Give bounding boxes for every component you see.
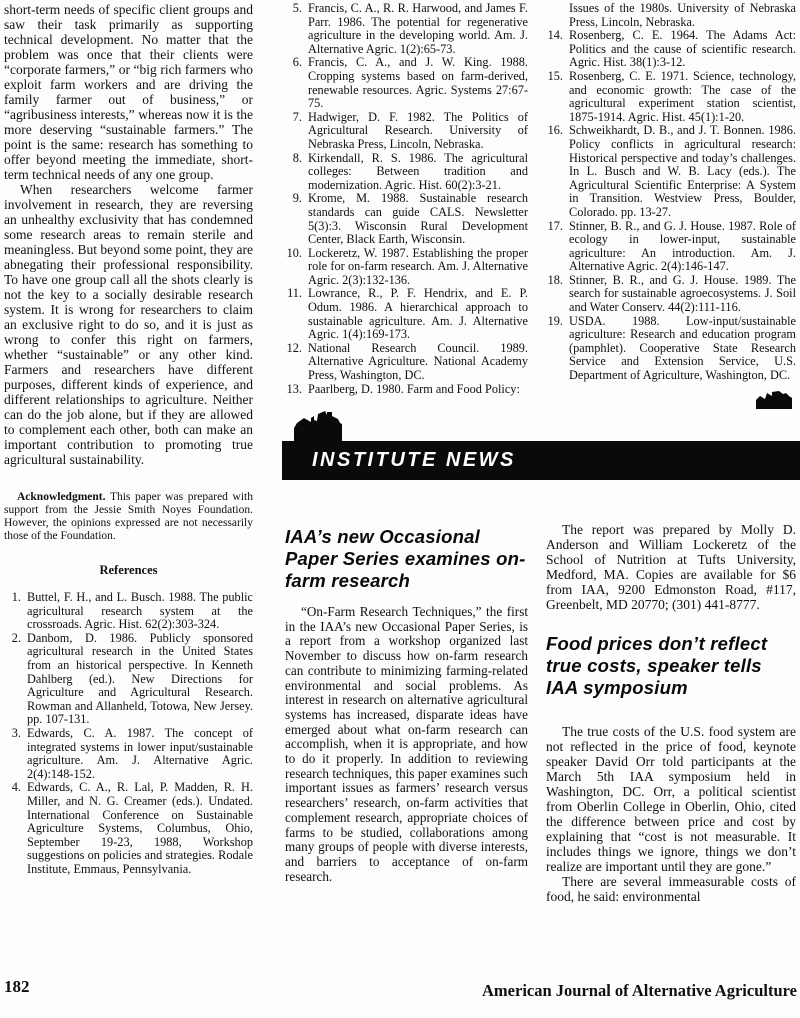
reference-number: 6. — [285, 56, 302, 70]
reference-number: 3. — [4, 727, 21, 741]
article-continuation-paragraph: short-term needs of specific client grou… — [4, 2, 253, 182]
article-body-paragraph: The true costs of the U.S. food system a… — [546, 724, 796, 874]
reference-item: 10.Lockeretz, W. 1987. Establishing the … — [285, 247, 528, 288]
reference-item: 9.Krome, M. 1988. Sustainable research s… — [285, 192, 528, 246]
reference-text: Rosenberg, C. E. 1971. Science, technolo… — [569, 69, 796, 124]
reference-item: 19.USDA. 1988. Low-input/sustainable agr… — [546, 315, 796, 383]
reference-text: Francis, C. A., and J. W. King. 1988. Cr… — [308, 55, 528, 110]
article-heading: Food prices don’t reflect true costs, sp… — [546, 633, 796, 699]
reference-text: Lockeretz, W. 1987. Establishing the pro… — [308, 246, 528, 287]
reference-number: 17. — [546, 220, 563, 234]
reference-text: Buttel, F. H., and L. Busch. 1988. The p… — [27, 590, 253, 631]
reference-item: 7.Hadwiger, D. F. 1982. The Politics of … — [285, 111, 528, 152]
reference-text: Rosenberg, C. E. 1964. The Adams Act: Po… — [569, 28, 796, 69]
reference-item: 18.Stinner, B. R., and G. J. House. 1989… — [546, 274, 796, 315]
page-number: 182 — [4, 977, 30, 997]
reference-text: Stinner, B. R., and G. J. House. 1989. T… — [569, 273, 796, 314]
farm-buildings-icon — [294, 410, 342, 443]
acknowledgment: Acknowledgment. This paper was prepared … — [4, 491, 253, 543]
article-paragraph: When researchers welcome farmer involvem… — [4, 182, 253, 467]
reference-text: Stinner, B. R., and G. J. House. 1987. R… — [569, 219, 796, 274]
journal-title: American Journal of Alternative Agricult… — [482, 981, 797, 1001]
reference-item: 12.National Research Council. 1989. Alte… — [285, 342, 528, 383]
reference-item: 11.Lowrance, R., P. F. Hendrix, and E. P… — [285, 287, 528, 341]
reference-number: 13. — [285, 383, 302, 397]
reference-text: Kirkendall, R. S. 1986. The agricultural… — [308, 151, 528, 192]
left-column: short-term needs of specific client grou… — [4, 2, 253, 876]
reference-number: 19. — [546, 315, 563, 329]
reference-number: 18. — [546, 274, 563, 288]
acknowledgment-label: Acknowledgment. — [17, 491, 106, 503]
reference-number: 2. — [4, 632, 21, 646]
reference-number: 1. — [4, 591, 21, 605]
reference-text: Francis, C. A., R. R. Harwood, and James… — [308, 1, 528, 56]
reference-item: 16.Schweikhardt, D. B., and J. T. Bonnen… — [546, 124, 796, 219]
section-end-mark — [546, 389, 796, 414]
reference-number: 7. — [285, 111, 302, 125]
reference-number: 9. — [285, 192, 302, 206]
reference-item: 6.Francis, C. A., and J. W. King. 1988. … — [285, 56, 528, 110]
journal-page: short-term needs of specific client grou… — [0, 0, 800, 1018]
farm-buildings-end-icon — [756, 389, 792, 409]
reference-number: 16. — [546, 124, 563, 138]
reference-number: 11. — [285, 287, 302, 301]
reference-text: Hadwiger, D. F. 1982. The Politics of Ag… — [308, 110, 528, 151]
reference-text: Krome, M. 1988. Sustainable research sta… — [308, 191, 528, 246]
reference-item: 5.Francis, C. A., R. R. Harwood, and Jam… — [285, 2, 528, 56]
reference-number: 14. — [546, 29, 563, 43]
reference-item: 4.Edwards, C. A., R. Lal, P. Madden, R. … — [4, 781, 253, 876]
reference-number: 8. — [285, 152, 302, 166]
reference-item: 2.Danbom, D. 1986. Publicly sponsored ag… — [4, 632, 253, 727]
article-heading: IAA’s new Occasional Paper Series examin… — [285, 526, 528, 592]
reference-item: 14.Rosenberg, C. E. 1964. The Adams Act:… — [546, 29, 796, 70]
references-heading: References — [4, 563, 253, 578]
reference-text: Paarlberg, D. 1980. Farm and Food Policy… — [308, 382, 520, 396]
reference-text: Edwards, C. A., R. Lal, P. Madden, R. H.… — [27, 780, 253, 876]
reference-item: 13.Paarlberg, D. 1980. Farm and Food Pol… — [285, 383, 528, 397]
middle-references-column: 5.Francis, C. A., R. R. Harwood, and Jam… — [285, 2, 528, 396]
right-references-column: Issues of the 1980s. University of Nebra… — [546, 2, 796, 414]
reference-text: Edwards, C. A. 1987. The concept of inte… — [27, 726, 253, 781]
reference-number: 4. — [4, 781, 21, 795]
reference-number: 15. — [546, 70, 563, 84]
reference-text: USDA. 1988. Low-input/sustainable agricu… — [569, 314, 796, 382]
report-paragraph: The report was prepared by Molly D. Ande… — [546, 522, 796, 612]
reference-text: Danbom, D. 1986. Publicly sponsored agri… — [27, 631, 253, 727]
reference-number: 5. — [285, 2, 302, 16]
reference-text: Lowrance, R., P. F. Hendrix, and E. P. O… — [308, 286, 528, 341]
reference-item: 15.Rosenberg, C. E. 1971. Science, techn… — [546, 70, 796, 124]
reference-item: 8.Kirkendall, R. S. 1986. The agricultur… — [285, 152, 528, 193]
article-food-prices: The report was prepared by Molly D. Ande… — [546, 522, 796, 904]
article-occasional-paper: IAA’s new Occasional Paper Series examin… — [285, 526, 528, 884]
institute-news-title: INSTITUTE NEWS — [312, 449, 516, 472]
reference-continuation: Issues of the 1980s. University of Nebra… — [546, 2, 796, 29]
reference-text: National Research Council. 1989. Alterna… — [308, 341, 528, 382]
reference-text: Schweikhardt, D. B., and J. T. Bonnen. 1… — [569, 123, 796, 219]
reference-number: 10. — [285, 247, 302, 261]
reference-item: 17.Stinner, B. R., and G. J. House. 1987… — [546, 220, 796, 274]
article-body: “On-Farm Research Techniques,” the first… — [285, 605, 528, 884]
article-body-paragraph: There are several immeasurable costs of … — [546, 874, 796, 904]
reference-item: 1.Buttel, F. H., and L. Busch. 1988. The… — [4, 591, 253, 632]
reference-number: 12. — [285, 342, 302, 356]
reference-item: 3.Edwards, C. A. 1987. The concept of in… — [4, 727, 253, 781]
institute-news-banner: INSTITUTE NEWS — [282, 441, 800, 480]
